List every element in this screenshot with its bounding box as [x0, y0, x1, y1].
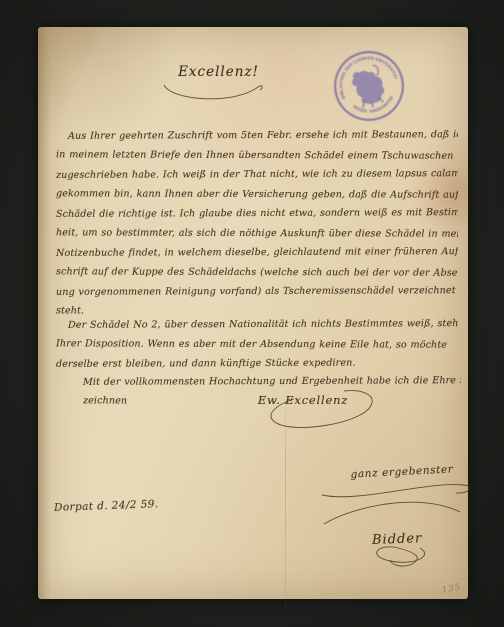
library-stamp: BIBLIOTHEK DER LUDWIGS-UNIVERSITÄT GIESS… — [320, 37, 417, 134]
letter-page: Excellenz! BIBLIOTHEK DER LUDWIGS-UNIVER… — [38, 27, 468, 599]
handwritten-line: Ihrer Disposition. Wenn es aber mit der … — [56, 334, 458, 355]
handwritten-line: in meinem letzten Briefe den Ihnen übers… — [56, 145, 458, 166]
dateline: Dorpat d. 24/2 59. — [54, 498, 159, 514]
handwritten-line: schrift auf der Kuppe des Schädeldachs (… — [56, 262, 458, 283]
paper-binding-edge — [38, 27, 51, 599]
paragraph-2: Der Schädel No 2, über dessen Nationalit… — [56, 315, 458, 374]
handwritten-line: gekommen bin, kann Ihnen aber die Versic… — [56, 184, 458, 205]
handwritten-line: Schädel die richtige ist. Ich glaube die… — [56, 203, 458, 224]
signature-block: Bidder — [320, 490, 482, 570]
handwritten-line: heit, um so bestimmter, als sich die nöt… — [56, 223, 458, 244]
folio-number: 135 — [441, 582, 462, 595]
handwritten-line: zugeschrieben habe. Ich weiß in der That… — [56, 164, 458, 185]
flourish-icon — [150, 79, 280, 107]
handwritten-line: Notizenbuche findet, in welchem dieselbe… — [56, 242, 458, 263]
salutation: Excellenz! — [156, 64, 281, 80]
signature-flourish-icon — [320, 490, 482, 570]
handwritten-line: Aus Ihrer geehrten Zuschrift vom 5ten Fe… — [56, 125, 458, 146]
photograph-background: Excellenz! BIBLIOTHEK DER LUDWIGS-UNIVER… — [0, 0, 504, 627]
handwritten-line: Der Schädel No 2, über dessen Nationalit… — [56, 314, 458, 335]
address-line: Ew. Excellenz — [233, 393, 373, 407]
handwritten-line: ung vorgenommenen Reinigung vorfand) als… — [56, 281, 458, 302]
signature: Bidder — [372, 531, 423, 548]
paragraph-1: Aus Ihrer geehrten Zuschrift vom 5ten Fe… — [56, 126, 458, 321]
